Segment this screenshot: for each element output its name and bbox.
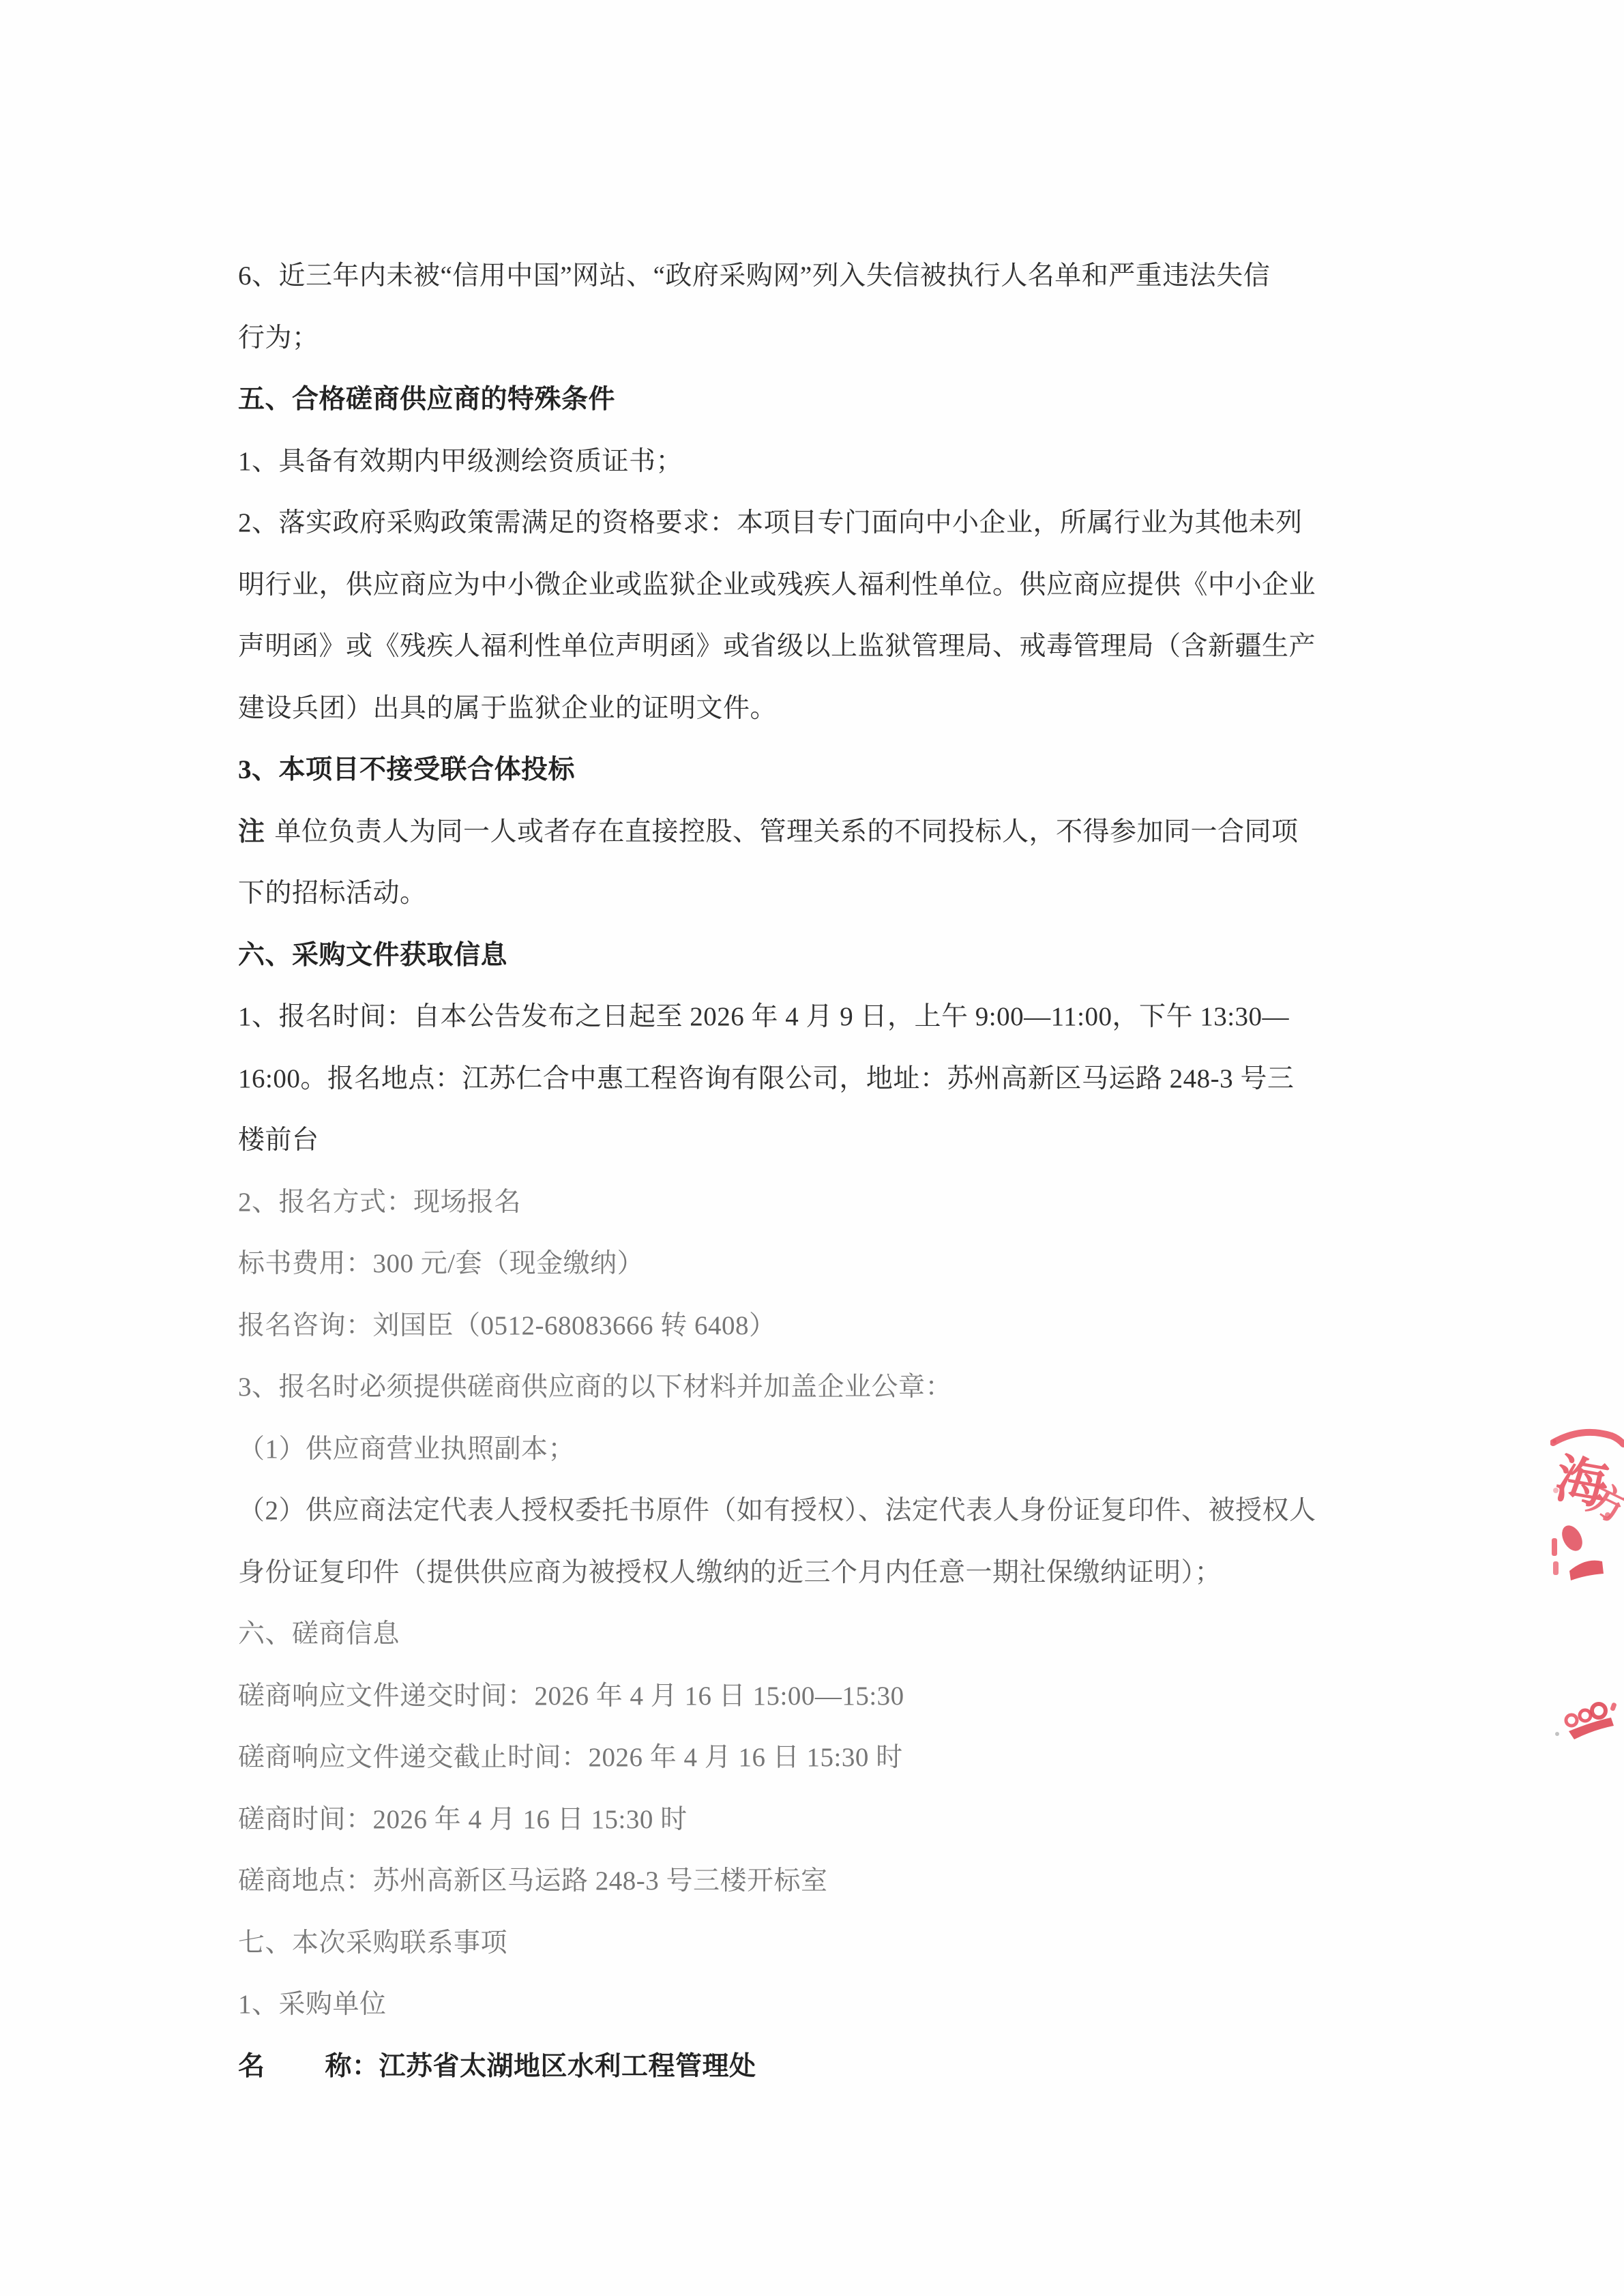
doc-line: （1）供应商营业执照副本；: [238, 1419, 1398, 1481]
doc-line: 身份证复印件（提供供应商为被授权人缴纳的近三个月内任意一期社保缴纳证明）；: [238, 1542, 1398, 1604]
heading-doc-acquisition: 六、采购文件获取信息: [238, 925, 1398, 987]
document-page: 6、近三年内未被“信用中国”网站、“政府采购网”列入失信被执行人名单和严重违法失…: [0, 0, 1624, 2296]
doc-line: 标书费用：300 元/套（现金缴纳）: [238, 1233, 1398, 1295]
svg-text:方: 方: [1580, 1477, 1624, 1531]
heading-contact-matters: 七、本次采购联系事项: [238, 1913, 1398, 1975]
doc-line: 磋商响应文件递交时间：2026 年 4 月 16 日 15:00—15:30: [238, 1666, 1398, 1728]
doc-line: 2、报名方式：现场报名: [238, 1172, 1398, 1234]
doc-line: 声明函》或《残疾人福利性单位声明函》或省级以上监狱管理局、戒毒管理局（含新疆生产: [238, 616, 1398, 678]
doc-line: 行为；: [238, 308, 1398, 370]
doc-line: 1、采购单位: [238, 1974, 1398, 2036]
doc-line: 下的招标活动。: [238, 863, 1398, 925]
doc-line: 6、近三年内未被“信用中国”网站、“政府采购网”列入失信被执行人名单和严重违法失…: [238, 246, 1398, 308]
doc-line: 楼前台: [238, 1110, 1398, 1172]
doc-line: 报名咨询：刘国臣（0512-68083666 转 6408）: [238, 1295, 1398, 1357]
svg-text:海: 海: [1551, 1450, 1612, 1516]
doc-line: 建设兵团）出具的属于监狱企业的证明文件。: [238, 678, 1398, 740]
purchaser-name-value: 称：江苏省太湖地区水利工程管理处: [325, 2052, 756, 2081]
doc-line: 3、报名时必须提供磋商供应商的以下材料并加盖企业公章：: [238, 1357, 1398, 1419]
doc-line: 16:00。报名地点：江苏仁合中惠工程咨询有限公司，地址：苏州高新区马运路 24…: [238, 1048, 1398, 1110]
doc-line: 2、落实政府采购政策需满足的资格要求：本项目专门面向中小企业，所属行业为其他未列: [238, 492, 1398, 555]
document-body: 6、近三年内未被“信用中国”网站、“政府采购网”列入失信被执行人名单和严重违法失…: [238, 246, 1398, 2098]
heading-consultation-info: 六、磋商信息: [238, 1604, 1398, 1666]
doc-line: 1、报名时间：自本公告发布之日起至 2026 年 4 月 9 日，上午 9:00…: [238, 986, 1398, 1048]
doc-line: 明行业，供应商应为中小微企业或监狱企业或残疾人福利性单位。供应商应提供《中小企业: [238, 555, 1398, 617]
heading-special-conditions: 五、合格磋商供应商的特殊条件: [238, 369, 1398, 431]
doc-line: 磋商响应文件递交截止时间：2026 年 4 月 16 日 15:30 时: [238, 1727, 1398, 1789]
doc-line: （2）供应商法定代表人授权委托书原件（如有授权）、法定代表人身份证复印件、被授权…: [238, 1480, 1398, 1542]
doc-line: 磋商地点：苏州高新区马运路 248-3 号三楼开标室: [238, 1851, 1398, 1913]
red-seal-fragment-lower-icon: [1554, 1701, 1624, 1746]
note-label: 注: [238, 817, 265, 847]
doc-line: 1、具备有效期内甲级测绘资质证书；: [238, 431, 1398, 493]
heading-no-consortium: 3、本项目不接受联合体投标: [238, 739, 1398, 801]
doc-line: 磋商时间：2026 年 4 月 16 日 15:30 时: [238, 1789, 1398, 1851]
doc-line-note: 注单位负责人为同一人或者存在直接控股、管理关系的不同投标人，不得参加同一合同项: [238, 801, 1398, 864]
red-seal-fragment-upper-icon: 海 方: [1550, 1428, 1624, 1586]
note-text: 单位负责人为同一人或者存在直接控股、管理关系的不同投标人，不得参加同一合同项: [275, 817, 1299, 847]
purchaser-name-line: 名称：江苏省太湖地区水利工程管理处: [238, 2036, 1398, 2098]
purchaser-name-label: 名: [238, 2052, 265, 2081]
